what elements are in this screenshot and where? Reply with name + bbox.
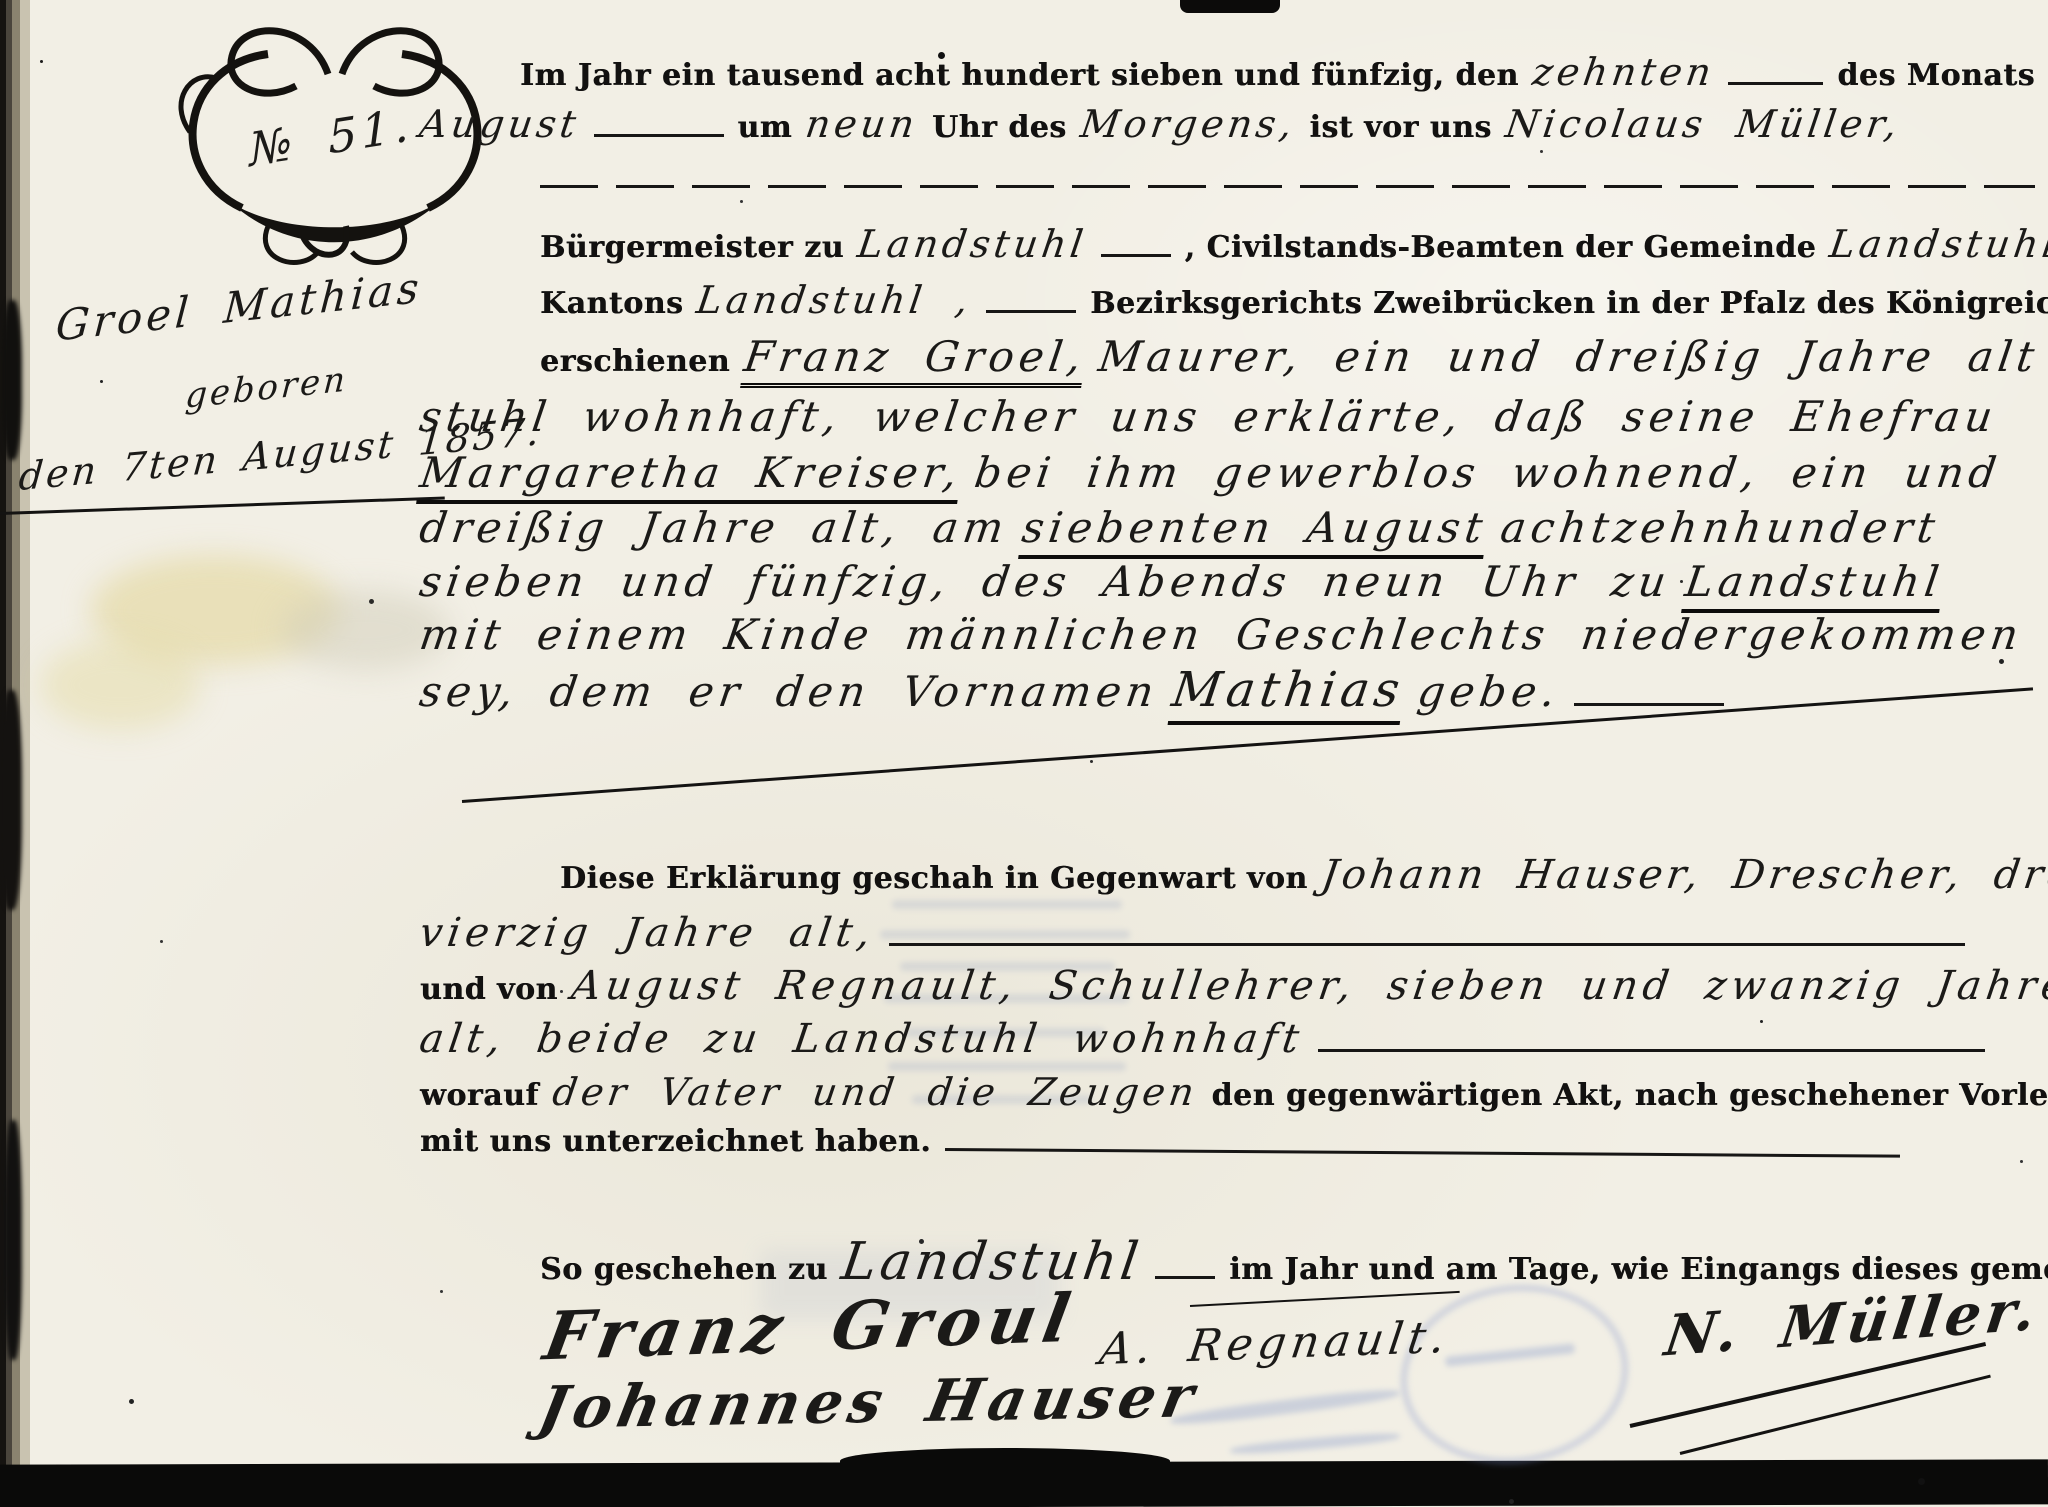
body-line-4: Bürgermeister zu Landstuhl , Civilstands… [540,222,2040,266]
printed-text: erschienen [540,344,730,379]
handwritten-daytime: Morgens, [1078,102,1299,146]
blank-rule-dashed [540,185,2035,188]
binding-blob-3 [4,1120,22,1360]
signature-father: Franz Groul [538,1278,1082,1375]
signature-official-flourish-2 [1680,1375,1991,1455]
handwritten-father-name: Franz Groel, [740,332,1089,388]
witness-line-6: mit uns unterzeichnet haben. [420,1124,1900,1159]
handwritten-place: Landstuhl [855,222,1090,266]
body-line-6: erschienen Franz Groel, Maurer, ein und … [540,332,2040,388]
body-line-9: dreißig Jahre alt, am siebenten August a… [420,503,2040,559]
printed-text: den gegenwärtigen Akt, nach geschehener … [1212,1078,2048,1113]
witness-line-3: und von August Regnault, Schullehrer, si… [420,963,2040,1009]
blank-rule [594,129,724,137]
paper-stain-2 [40,640,200,730]
handwritten-place: Landstuhl , [694,278,975,322]
handwritten-text: bei ihm gewerblos wohnend, ein und [972,448,2005,497]
scanned-birth-record-page: № 51. Groel Mathias geboren den 7ten Aug… [0,0,2048,1507]
scan-top-right-mark [1180,0,1280,13]
handwritten-text: sey, dem er den Vornamen [417,667,1162,716]
blank-rule [1574,698,1724,706]
witness-line-1: Diese Erklärung geschah in Gegenwart von… [560,852,2040,898]
handwritten-text: dreißig Jahre alt, am [417,503,1012,552]
printed-text: So geschehen zu [540,1252,828,1287]
printed-text: , Civilstands-Beamten der Gemeinde [1185,230,1817,265]
printed-text: Kantons [540,286,683,321]
bleedthrough-signature [1230,1431,1400,1457]
bleedthrough-signature [1170,1386,1400,1428]
printed-text: worauf [420,1078,539,1113]
printed-text: Im Jahr ein tausend acht hundert sieben … [520,58,1519,93]
body-line-10: sieben und fünfzig, des Abends neun Uhr … [420,557,2040,613]
handwritten-place: Landstuhl , [1827,222,2048,266]
bleedthrough-line [892,900,1122,909]
blank-rule [1101,249,1171,257]
witness-line-4: alt, beide zu Landstuhl wohnhaft [420,1016,1985,1062]
body-line-8: Margaretha Kreiser, bei ihm gewerblos wo… [420,448,2040,504]
handwritten-hour: neun [803,102,921,146]
body-line-12: sey, dem er den Vornamen Mathias gebe. [420,662,1670,725]
handwritten-mother-name: Margaretha Kreiser, [416,448,965,504]
body-line-1: Im Jahr ein tausend acht hundert sieben … [520,50,2035,94]
handwritten-text: Maurer, ein und dreißig Jahre alt zu Lan… [1096,332,2048,381]
handwritten-text: alt, beide zu Landstuhl wohnhaft [417,1016,1307,1062]
handwritten-text: vierzig Jahre alt, [417,910,878,956]
printed-text: Diese Erklärung geschah in Gegenwart von [560,861,1308,896]
binding-blob-2 [0,690,22,910]
witness-line-5: worauf der Vater und die Zeugen den gege… [420,1070,1965,1114]
handwritten-witness1: Johann Hauser, Drescher, drei und [1318,852,2048,898]
handwritten-text: der Vater und die Zeugen [550,1070,1201,1114]
handwritten-text: gebe. [1414,667,1563,716]
handwritten-text: sieben und fünfzig, des Abends neun Uhr … [417,557,1675,606]
blank-rule [889,938,1965,946]
blank-rule [945,1143,1900,1158]
witness-line-2: vierzig Jahre alt, [420,910,1965,956]
printed-text: mit uns unterzeichnet haben. [420,1124,931,1159]
margin-born-label: geboren [184,359,349,417]
printed-text: ist vor uns [1310,110,1492,145]
body-line-7: stuhl wohnhaft, welcher uns erklärte, da… [420,392,2040,441]
printed-text: Uhr des [932,110,1067,145]
blank-rule [1728,77,1823,85]
printed-text: und von [420,972,558,1007]
body-line-2: August um neun Uhr des Morgens, ist vor … [420,102,2038,146]
printed-text: Bürgermeister zu [540,230,844,265]
body-line-3-blank [540,185,2035,188]
handwritten-birth-date: siebenten August [1018,503,1490,559]
printed-text: im Jahr und am Tage, wie Eingangs dieses… [1229,1252,2048,1287]
handwritten-birth-place: Landstuhl [1681,557,1947,613]
blank-rule [986,305,1076,313]
binding-blob-1 [2,300,22,460]
blank-rule [1155,1271,1215,1279]
body-line-11: mit einem Kinde männlichen Geschlechts n… [420,610,2040,659]
closing-line: So geschehen zu Landstuhl im Jahr und am… [540,1232,1980,1292]
handwritten-witness2: August Regnault, Schullehrer, sieben und… [569,963,2048,1009]
printed-text: Bezirksgerichts Zweibrücken in der Pfalz… [1090,286,2048,321]
body-line-5: Kantons Landstuhl , Bezirksgerichts Zwei… [540,278,2040,322]
blank-rule [1318,1044,1986,1052]
faint-stamp-circle [1389,1270,1641,1479]
printed-text: um [738,110,793,145]
handwritten-child-name: Mathias [1168,662,1408,725]
scan-speckles [40,60,43,63]
handwritten-official-name: Nicolaus Müller, [1503,102,1904,146]
handwritten-text: mit einem Kinde männlichen Geschlechts n… [417,610,2027,659]
signature-witness2-flourish [1190,1291,1460,1307]
scan-bottom-bump [840,1448,1170,1474]
handwritten-day: zehnten [1530,50,1718,94]
handwritten-month: August [417,102,583,146]
handwritten-text: achtzehnhundert [1497,503,1942,552]
signature-witness2: A. Regnault. [1097,1312,1454,1375]
handwritten-text: stuhl wohnhaft, welcher uns erklärte, da… [417,392,2001,441]
margin-underline [0,496,445,515]
printed-text: des Monats [1837,58,2035,93]
